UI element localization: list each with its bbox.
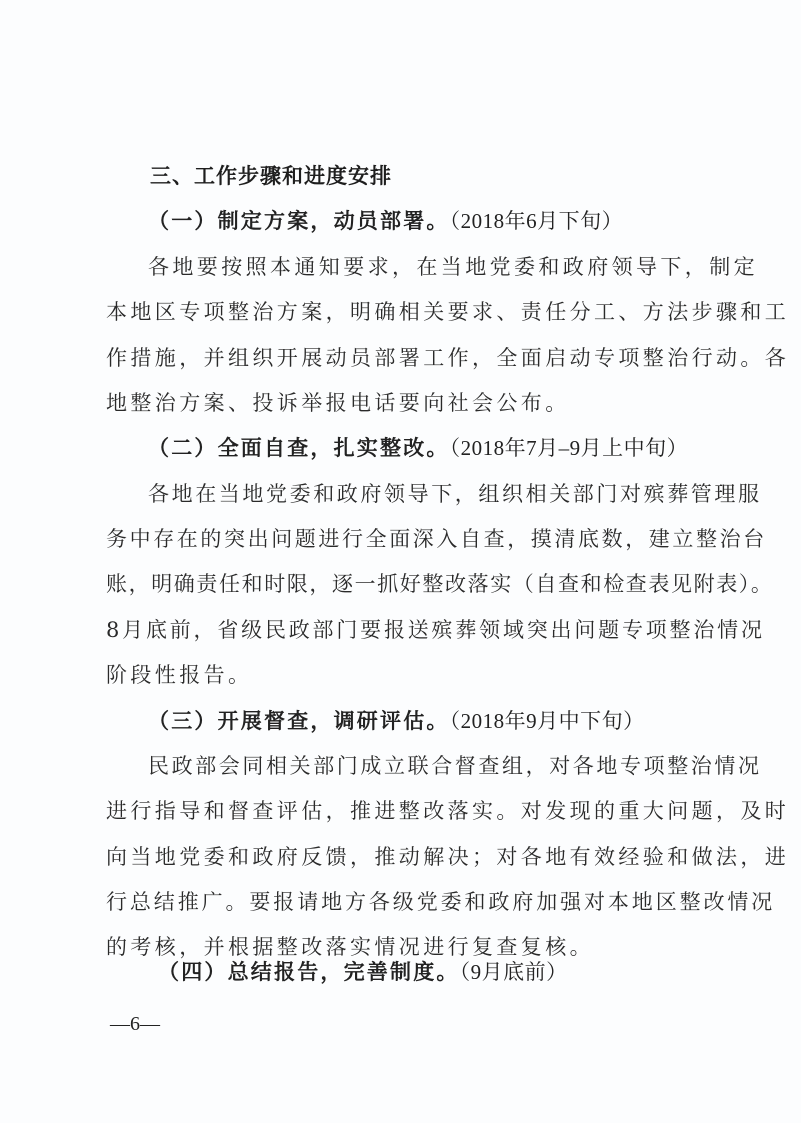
step-1-line-2: 本地区专项整治方案，明确相关要求、责任分工、方法步骤和工	[106, 298, 789, 326]
page-number: —6—	[110, 1013, 160, 1036]
step-2-date: （2018年7月–9月上中旬）	[450, 436, 689, 460]
step-1-line-1: 各地要按照本通知要求，在当地党委和政府领导下，制定	[148, 253, 758, 281]
step-4-heading: （四）总结报告，完善制度。（9月底前）	[158, 958, 568, 986]
step-2-line-1: 各地在当地党委和政府领导下，组织相关部门对殡葬管理服	[148, 480, 762, 508]
step-2-line-4: 8月底前，省级民政部门要报送殡葬领域突出问题专项整治情况	[106, 616, 765, 644]
step-3-title: （三）开展督查，调研评估。	[148, 708, 450, 733]
step-2-line-5: 阶段性报告。	[106, 661, 252, 689]
step-1-line-3: 作措施，并组织开展动员部署工作，全面启动专项整治行动。各	[106, 344, 789, 372]
step-2-heading: （二）全面自查，扎实整改。（2018年7月–9月上中旬）	[148, 434, 688, 462]
step-3-line-3: 向当地党委和政府反馈，推动解决；对各地有效经验和做法，进	[106, 843, 789, 871]
step-1-heading: （一）制定方案，动员部署。（2018年6月下旬）	[148, 207, 623, 235]
step-3-line-5: 的考核，并根据整改落实情况进行复查复核。	[106, 933, 594, 961]
step-2-line-2: 务中存在的突出问题进行全面深入自查，摸清底数，建立整治台	[106, 525, 767, 553]
step-4-title: （四）总结报告，完善制度。	[158, 959, 460, 984]
document-page: 三、工作步骤和进度安排 （一）制定方案，动员部署。（2018年6月下旬） 各地要…	[0, 0, 801, 1123]
step-3-line-1: 民政部会同相关部门成立联合督查组，对各地专项整治情况	[148, 752, 762, 780]
step-2-line-3: 账，明确责任和时限，逐一抓好整改落实（自查和检查表见附表）。	[106, 570, 774, 598]
step-1-line-4: 地整治方案、投诉举报电话要向社会公布。	[106, 389, 570, 417]
step-1-title: （一）制定方案，动员部署。	[148, 208, 450, 233]
step-3-line-4: 行总结推广。要报请地方各级党委和政府加强对本地区整改情况	[106, 888, 775, 916]
step-1-date: （2018年6月下旬）	[450, 209, 624, 233]
step-3-heading: （三）开展督查，调研评估。（2018年9月中下旬）	[148, 707, 645, 735]
step-3-date: （2018年9月中下旬）	[450, 709, 645, 733]
step-3-line-2: 进行指导和督查评估，推进整改落实。对发现的重大问题，及时	[106, 797, 789, 825]
step-2-title: （二）全面自查，扎实整改。	[148, 435, 450, 460]
step-4-date: （9月底前）	[460, 960, 568, 984]
section-heading: 三、工作步骤和进度安排	[150, 162, 392, 190]
